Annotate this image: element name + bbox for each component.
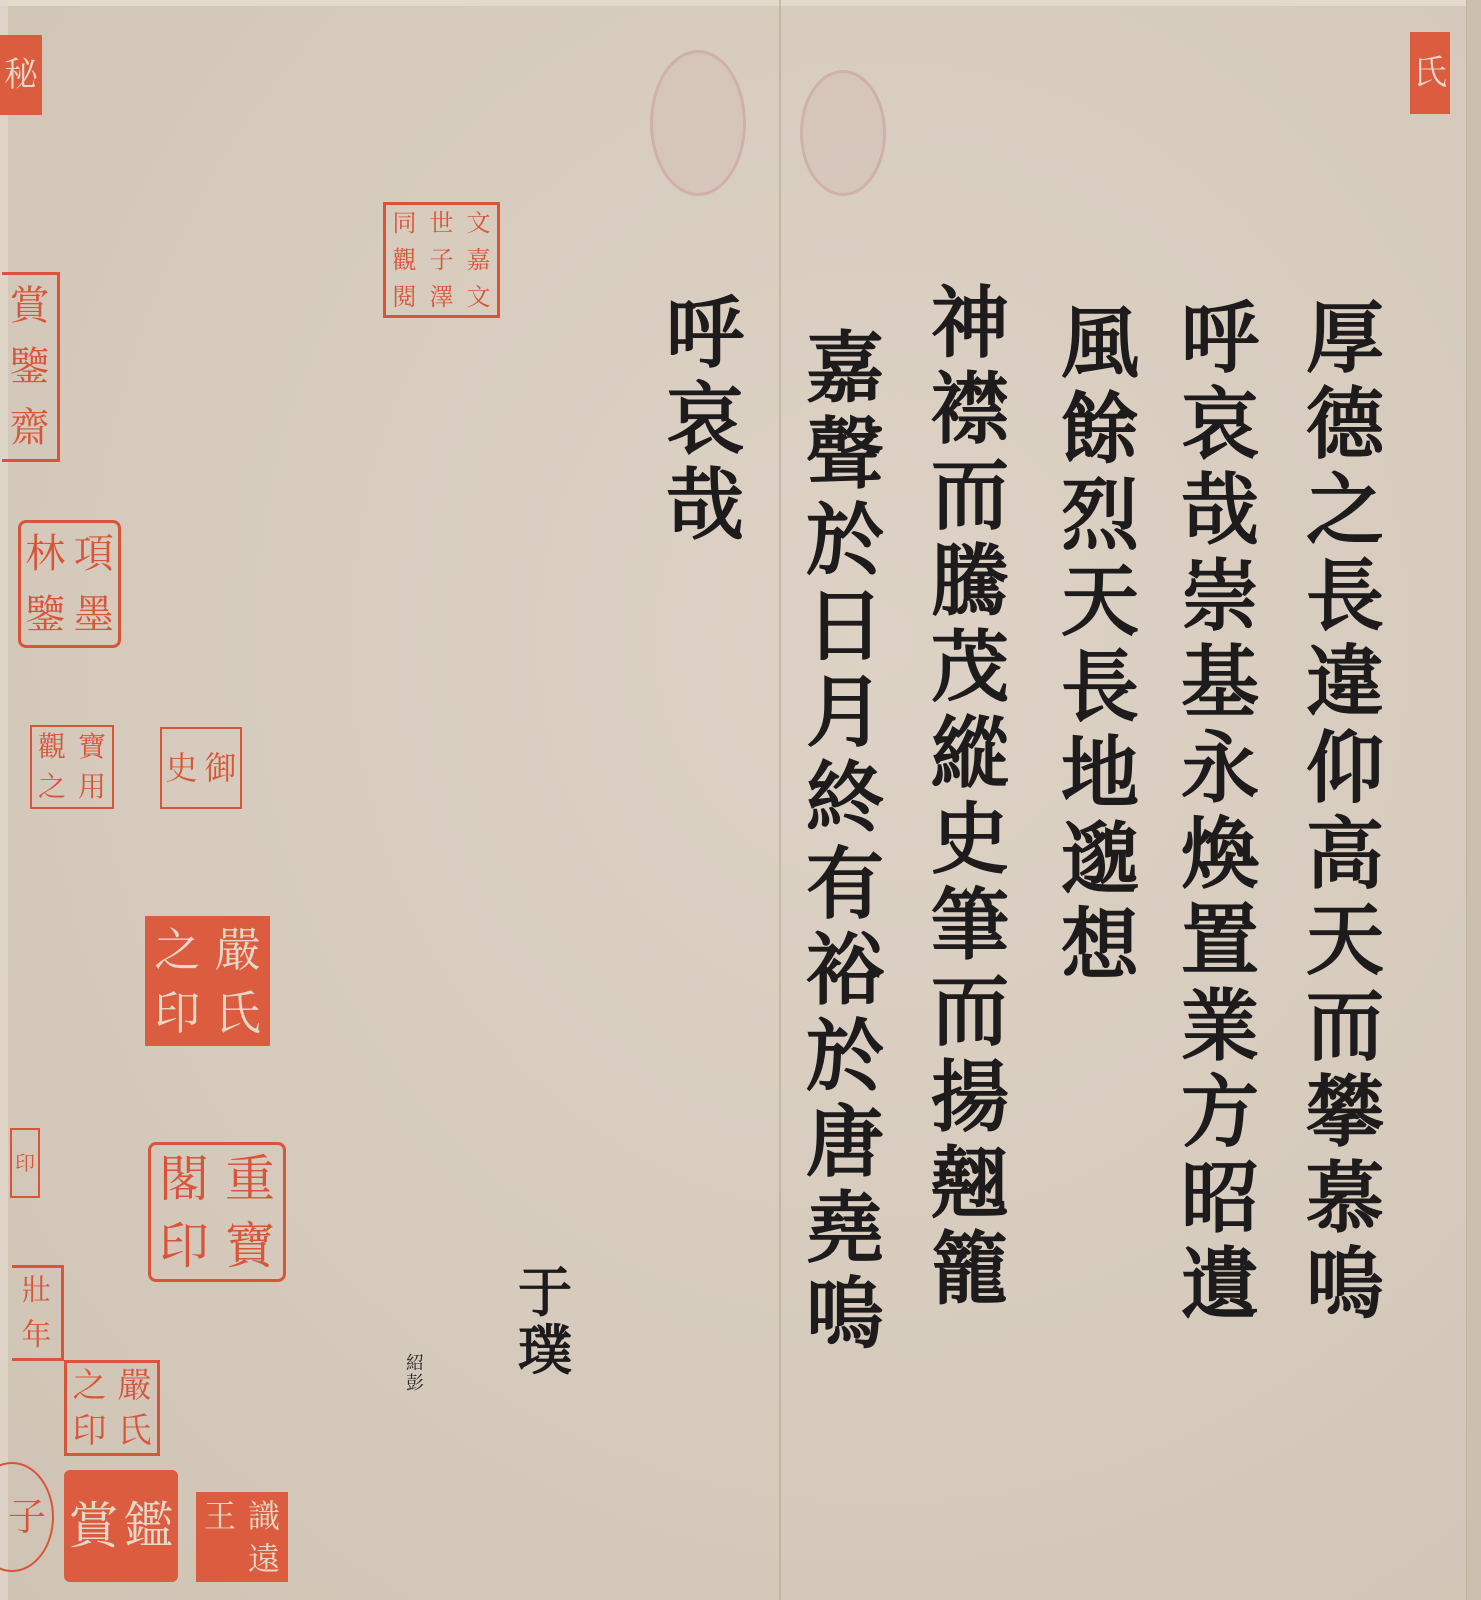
calligraphy-column-2: 呼 哀 哉 崇 基 永 煥 置 業 方 昭 遺 <box>1165 300 1275 1332</box>
character: 天 <box>1306 902 1384 988</box>
calligraphy-column-4: 神 襟 而 騰 茂 縱 史 筆 而 揚 翹 籠 <box>915 285 1025 1317</box>
character: 煥 <box>1181 816 1259 902</box>
seal-center-square: 文 嘉 文 世 子 澤 同 觀 閱 <box>383 202 500 318</box>
character: 哉 <box>666 467 744 553</box>
character: 高 <box>1306 816 1384 902</box>
character: 日 <box>806 588 884 674</box>
seal-character: 閱 <box>386 278 423 315</box>
seal-character: 史 <box>162 729 201 807</box>
seal-edge-small-a: 印 <box>10 1128 40 1198</box>
character: 裕 <box>806 932 884 1018</box>
character: 慕 <box>1306 1160 1384 1246</box>
character: 揚 <box>931 1059 1009 1145</box>
seal-character: 氏 <box>208 981 269 1044</box>
seal-bottom-a: 嚴 氏 之 印 <box>64 1360 160 1456</box>
character: 厚 <box>1306 300 1384 386</box>
seal-character: 文 <box>460 278 497 315</box>
character: 筆 <box>931 887 1009 973</box>
seal-character: 印 <box>12 1130 38 1196</box>
character: 於 <box>806 1018 884 1104</box>
calligraphy-column-6: 呼 哀 哉 <box>650 295 760 553</box>
seal-character: 之 <box>147 918 208 981</box>
character: 堯 <box>806 1190 884 1276</box>
seal-character: 嘉 <box>460 242 497 279</box>
top-border <box>0 0 1481 6</box>
character: 崇 <box>1181 558 1259 644</box>
character: 聲 <box>806 416 884 502</box>
character: 長 <box>1061 649 1139 735</box>
character: 於 <box>806 502 884 588</box>
seal-character: 識 <box>242 1494 286 1537</box>
character: 仰 <box>1306 730 1384 816</box>
character: 嗚 <box>806 1276 884 1362</box>
character: 而 <box>931 457 1009 543</box>
character: 遺 <box>1181 1246 1259 1332</box>
seal-left-tall: 賞 鑒 齋 <box>2 272 60 462</box>
seal-character: 年 <box>12 1313 61 1358</box>
seal-character: 子 <box>0 1464 52 1570</box>
character: 德 <box>1306 386 1384 472</box>
seal-character: 閣 <box>151 1145 217 1212</box>
character: 長 <box>1306 558 1384 644</box>
character: 攀 <box>1306 1074 1384 1160</box>
character: 之 <box>1306 472 1384 558</box>
character: 哀 <box>1181 386 1259 472</box>
character: 嗚 <box>1306 1246 1384 1332</box>
seal-character: 氏 <box>112 1408 157 1453</box>
character: 昭 <box>1181 1160 1259 1246</box>
character: 籠 <box>931 1231 1009 1317</box>
character: 違 <box>1306 644 1384 730</box>
seal-character: 林 <box>21 523 70 584</box>
seal-character: 重 <box>217 1145 283 1212</box>
seal-left-mid: 項 墨 林 鑒 <box>18 520 121 648</box>
seal-top-right: 氏 <box>1410 32 1450 114</box>
character: 想 <box>1061 907 1139 993</box>
seal-character: 壯 <box>12 1268 61 1313</box>
character: 神 <box>931 285 1009 371</box>
seal-red-block-b: 重 寶 閣 印 <box>148 1142 286 1282</box>
character: 邈 <box>1061 821 1139 907</box>
character: 地 <box>1061 735 1139 821</box>
seal-character: 賞 <box>66 1472 121 1580</box>
seal-left-small-b: 御 史 <box>160 727 242 809</box>
character: 終 <box>806 760 884 846</box>
seal-bottom-c: 識 王 遠 <box>196 1492 288 1582</box>
character: 騰 <box>931 543 1009 629</box>
character: 縱 <box>931 715 1009 801</box>
seal-character: 印 <box>67 1408 112 1453</box>
stain-mark <box>800 70 886 196</box>
seal-character: 觀 <box>32 727 72 767</box>
seal-left-small-a: 寶 用 觀 之 <box>30 725 114 809</box>
character: 永 <box>1181 730 1259 816</box>
seal-character: 印 <box>151 1212 217 1279</box>
seal-character: 用 <box>72 767 112 807</box>
seal-character: 子 <box>423 242 460 279</box>
character: 嘉 <box>806 330 884 416</box>
seal-character: 之 <box>32 767 72 807</box>
seal-character: 嚴 <box>208 918 269 981</box>
character: 翹 <box>931 1145 1009 1231</box>
character: 史 <box>931 801 1009 887</box>
character: 紹 <box>406 1355 424 1375</box>
character: 彭 <box>406 1375 424 1395</box>
side-inscription: 紹 彭 <box>400 1355 430 1395</box>
seal-character: 澤 <box>423 278 460 315</box>
seal-character: 觀 <box>386 242 423 279</box>
character: 月 <box>806 674 884 760</box>
calligraphy-column-1: 厚 德 之 長 違 仰 高 天 而 攀 慕 嗚 <box>1290 300 1400 1332</box>
seal-bottom-b: 鑑 賞 <box>64 1470 178 1582</box>
character: 烈 <box>1061 477 1139 563</box>
character: 風 <box>1061 305 1139 391</box>
calligraphy-column-3: 風 餘 烈 天 長 地 邈 想 <box>1045 305 1155 993</box>
seal-bottom-round: 子 <box>0 1462 54 1572</box>
character: 業 <box>1181 988 1259 1074</box>
seal-character: 御 <box>201 729 240 807</box>
character: 有 <box>806 846 884 932</box>
seal-red-block-a: 嚴 氏 之 印 <box>145 916 270 1046</box>
character: 璞 <box>518 1323 572 1381</box>
seal-character: 鑑 <box>121 1472 176 1580</box>
seal-character: 印 <box>147 981 208 1044</box>
character: 襟 <box>931 371 1009 457</box>
character: 茂 <box>931 629 1009 715</box>
seal-edge-small-b: 壯 年 <box>12 1265 64 1361</box>
character: 餘 <box>1061 391 1139 477</box>
left-border <box>0 0 8 1600</box>
seal-character: 鑒 <box>21 584 70 645</box>
stain-mark <box>650 50 746 196</box>
seal-character: 墨 <box>70 584 119 645</box>
character: 哀 <box>666 381 744 467</box>
seal-character: 遠 <box>242 1537 286 1580</box>
character: 唐 <box>806 1104 884 1190</box>
seal-character: 齋 <box>2 398 57 459</box>
seal-character: 賞 <box>2 275 57 336</box>
seal-character: 寶 <box>217 1212 283 1279</box>
seal-character: 王 <box>198 1494 242 1537</box>
seal-character: 鑒 <box>2 336 57 397</box>
character: 基 <box>1181 644 1259 730</box>
seal-top-left-edge: 秘 <box>0 35 42 115</box>
character: 于 <box>518 1265 572 1323</box>
seal-character: 之 <box>67 1363 112 1408</box>
character: 呼 <box>666 295 744 381</box>
center-fold-line <box>779 0 781 1600</box>
character: 哉 <box>1181 472 1259 558</box>
calligraphy-column-5: 嘉 聲 於 日 月 終 有 裕 於 唐 堯 嗚 <box>790 330 900 1362</box>
right-mounting-strip <box>1466 0 1481 1600</box>
seal-character: 秘 <box>2 37 40 113</box>
seal-character: 寶 <box>72 727 112 767</box>
character: 而 <box>931 973 1009 1059</box>
seal-character: 氏 <box>1412 34 1448 112</box>
seal-character: 項 <box>70 523 119 584</box>
character: 天 <box>1061 563 1139 649</box>
character: 置 <box>1181 902 1259 988</box>
seal-character: 文 <box>460 205 497 242</box>
seal-character: 同 <box>386 205 423 242</box>
artist-signature: 于 璞 <box>505 1265 585 1381</box>
seal-character: 世 <box>423 205 460 242</box>
seal-character: 嚴 <box>112 1363 157 1408</box>
character: 呼 <box>1181 300 1259 386</box>
character: 方 <box>1181 1074 1259 1160</box>
character: 而 <box>1306 988 1384 1074</box>
